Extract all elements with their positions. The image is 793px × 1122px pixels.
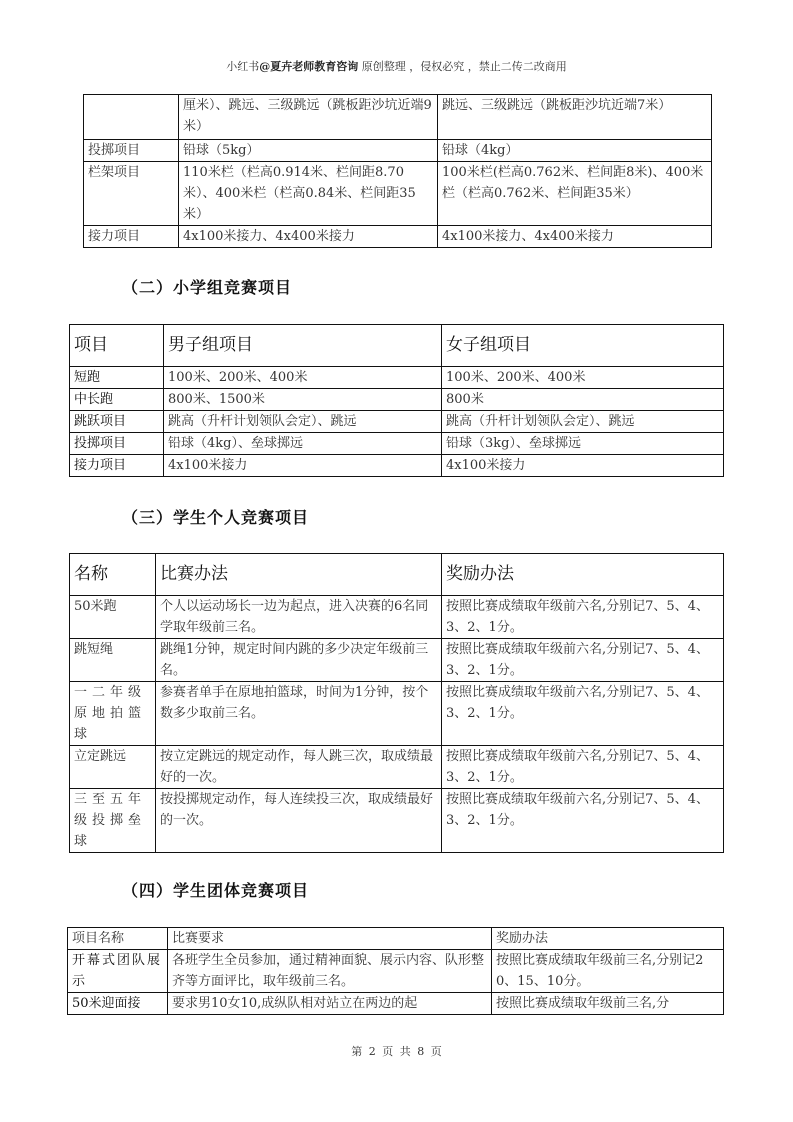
reward-cell: 按照比赛成绩取年级前六名,分别记7、5、4、3、2、1分。 xyxy=(442,789,724,853)
header-cell: 项目 xyxy=(70,325,164,367)
table-header-row: 名称 比赛办法 奖励办法 xyxy=(70,554,724,596)
female-cell: 铅球（3kg）、垒球掷远 xyxy=(442,433,724,455)
header-cell: 名称 xyxy=(70,554,156,596)
method-cell: 跳绳1分钟，规定时间内跳的多少决定年级前三名。 xyxy=(156,639,442,682)
table-row: 50米迎面接 要求男10女10,成纵队相对站立在两边的起 按照比赛成绩取年级前三… xyxy=(68,993,724,1015)
table-row: 接力项目 4x100米接力、4x400米接力 4x100米接力、4x400米接力 xyxy=(84,226,712,248)
category-cell: 短跑 xyxy=(70,367,164,389)
event-name-cell: 三至五年级投掷垒球 xyxy=(70,789,156,853)
section-title-team-events: （四）学生团体竞赛项目 xyxy=(122,878,309,901)
table-row: 投掷项目 铅球（4kg）、垒球掷远 铅球（3kg）、垒球掷远 xyxy=(70,433,724,455)
individual-events-table: 名称 比赛办法 奖励办法 50米跑 个人以运动场长一边为起点，进入决赛的6名同学… xyxy=(69,553,724,853)
female-cell: 铅球（4kg） xyxy=(438,140,712,162)
header-cell: 比赛要求 xyxy=(168,928,492,950)
male-cell: 跳高（升杆计划领队会定）、跳远 xyxy=(164,411,442,433)
female-cell: 4x100米接力 xyxy=(442,455,724,477)
table-row: 跳跃项目 跳高（升杆计划领队会定）、跳远 跳高（升杆计划领队会定）、跳远 xyxy=(70,411,724,433)
female-cell: 100米、200米、400米 xyxy=(442,367,724,389)
table-row: 接力项目 4x100米接力 4x100米接力 xyxy=(70,455,724,477)
section-title-primary-events: （二）小学组竞赛项目 xyxy=(122,275,292,298)
category-cell: 接力项目 xyxy=(84,226,179,248)
table-row: 栏架项目 110米栏（栏高0.914米、栏间距8.70米）、400米栏（栏高0.… xyxy=(84,162,712,226)
female-cell: 100米栏(栏高0.762米、栏间距8米)、400米栏（栏高0.762米、栏间距… xyxy=(438,162,712,226)
header-cell: 奖励办法 xyxy=(492,928,724,950)
table-header-row: 项目 男子组项目 女子组项目 xyxy=(70,325,724,367)
method-cell: 按立定跳远的规定动作，每人跳三次，取成绩最好的一次。 xyxy=(156,746,442,789)
table-header-row: 项目名称 比赛要求 奖励办法 xyxy=(68,928,724,950)
male-cell: 4x100米接力 xyxy=(164,455,442,477)
event-name-cell: 跳短绳 xyxy=(70,639,156,682)
category-cell: 投掷项目 xyxy=(70,433,164,455)
method-cell: 参赛者单手在原地拍篮球，时间为1分钟，按个数多少取前三名。 xyxy=(156,682,442,746)
reward-cell: 按照比赛成绩取年级前三名,分 xyxy=(492,993,724,1015)
reward-cell: 按照比赛成绩取年级前六名,分别记7、5、4、3、2、1分。 xyxy=(442,596,724,639)
table-row: 开幕式团队展示 各班学生全员参加，通过精神面貌、展示内容、队形整齐等方面评比，取… xyxy=(68,950,724,993)
table-row: 跳短绳 跳绳1分钟，规定时间内跳的多少决定年级前三名。 按照比赛成绩取年级前六名… xyxy=(70,639,724,682)
page-number: 第 2 页 共 8 页 xyxy=(0,1043,793,1059)
reward-cell: 按照比赛成绩取年级前六名,分别记7、5、4、3、2、1分。 xyxy=(442,746,724,789)
header-platform: 小红书 xyxy=(226,60,259,73)
header-cell: 项目名称 xyxy=(68,928,168,950)
category-cell: 栏架项目 xyxy=(84,162,179,226)
female-cell: 800米 xyxy=(442,389,724,411)
header-cell: 比赛办法 xyxy=(156,554,442,596)
table-row: 一二年级原地拍篮球 参赛者单手在原地拍篮球，时间为1分钟，按个数多少取前三名。 … xyxy=(70,682,724,746)
header-cell: 男子组项目 xyxy=(164,325,442,367)
table-row: 50米跑 个人以运动场长一边为起点，进入决赛的6名同学取年级前三名。 按照比赛成… xyxy=(70,596,724,639)
requirement-cell: 各班学生全员参加，通过精神面貌、展示内容、队形整齐等方面评比，取年级前三名。 xyxy=(168,950,492,993)
event-name-cell: 开幕式团队展示 xyxy=(68,950,168,993)
header-cell: 女子组项目 xyxy=(442,325,724,367)
header-notice: 原创整理 ，侵权必究 ，禁止二传二改商用 xyxy=(362,60,567,73)
table-row: 中长跑 800米、1500米 800米 xyxy=(70,389,724,411)
category-cell xyxy=(84,95,179,140)
category-cell: 中长跑 xyxy=(70,389,164,411)
male-cell: 800米、1500米 xyxy=(164,389,442,411)
reward-cell: 按照比赛成绩取年级前六名,分别记7、5、4、3、2、1分。 xyxy=(442,682,724,746)
table-row: 立定跳远 按立定跳远的规定动作，每人跳三次，取成绩最好的一次。 按照比赛成绩取年… xyxy=(70,746,724,789)
header-author: @夏卉老师教育咨询 xyxy=(259,60,358,73)
reward-cell: 按照比赛成绩取年级前六名,分别记7、5、4、3、2、1分。 xyxy=(442,639,724,682)
female-cell: 跳远、三级跳远（跳板距沙坑近端7米） xyxy=(438,95,712,140)
category-cell: 跳跃项目 xyxy=(70,411,164,433)
middle-school-events-table-continued: 厘米）、跳远、三级跳远（跳板距沙坑近端9米） 跳远、三级跳远（跳板距沙坑近端7米… xyxy=(83,94,712,248)
team-events-table: 项目名称 比赛要求 奖励办法 开幕式团队展示 各班学生全员参加，通过精神面貌、展… xyxy=(67,927,724,1015)
event-name-cell: 立定跳远 xyxy=(70,746,156,789)
table-row: 厘米）、跳远、三级跳远（跳板距沙坑近端9米） 跳远、三级跳远（跳板距沙坑近端7米… xyxy=(84,95,712,140)
table-row: 投掷项目 铅球（5kg） 铅球（4kg） xyxy=(84,140,712,162)
reward-cell: 按照比赛成绩取年级前三名,分别记20、15、10分。 xyxy=(492,950,724,993)
header-cell: 奖励办法 xyxy=(442,554,724,596)
event-name-cell: 50米跑 xyxy=(70,596,156,639)
male-cell: 厘米）、跳远、三级跳远（跳板距沙坑近端9米） xyxy=(179,95,438,140)
table-row: 短跑 100米、200米、400米 100米、200米、400米 xyxy=(70,367,724,389)
category-cell: 接力项目 xyxy=(70,455,164,477)
requirement-cell: 要求男10女10,成纵队相对站立在两边的起 xyxy=(168,993,492,1015)
female-cell: 跳高（升杆计划领队会定）、跳远 xyxy=(442,411,724,433)
male-cell: 110米栏（栏高0.914米、栏间距8.70米）、400米栏（栏高0.84米、栏… xyxy=(179,162,438,226)
method-cell: 个人以运动场长一边为起点，进入决赛的6名同学取年级前三名。 xyxy=(156,596,442,639)
category-cell: 投掷项目 xyxy=(84,140,179,162)
male-cell: 4x100米接力、4x400米接力 xyxy=(179,226,438,248)
section-title-individual-events: （三）学生个人竞赛项目 xyxy=(122,505,309,528)
male-cell: 100米、200米、400米 xyxy=(164,367,442,389)
header-watermark: 小红书@夏卉老师教育咨询 原创整理 ，侵权必究 ，禁止二传二改商用 xyxy=(0,58,793,74)
male-cell: 铅球（5kg） xyxy=(179,140,438,162)
method-cell: 按投掷规定动作，每人连续投三次，取成绩最好的一次。 xyxy=(156,789,442,853)
table-row: 三至五年级投掷垒球 按投掷规定动作，每人连续投三次，取成绩最好的一次。 按照比赛… xyxy=(70,789,724,853)
event-name-cell: 50米迎面接 xyxy=(68,993,168,1015)
male-cell: 铅球（4kg）、垒球掷远 xyxy=(164,433,442,455)
female-cell: 4x100米接力、4x400米接力 xyxy=(438,226,712,248)
event-name-cell: 一二年级原地拍篮球 xyxy=(70,682,156,746)
primary-school-events-table: 项目 男子组项目 女子组项目 短跑 100米、200米、400米 100米、20… xyxy=(69,324,724,477)
